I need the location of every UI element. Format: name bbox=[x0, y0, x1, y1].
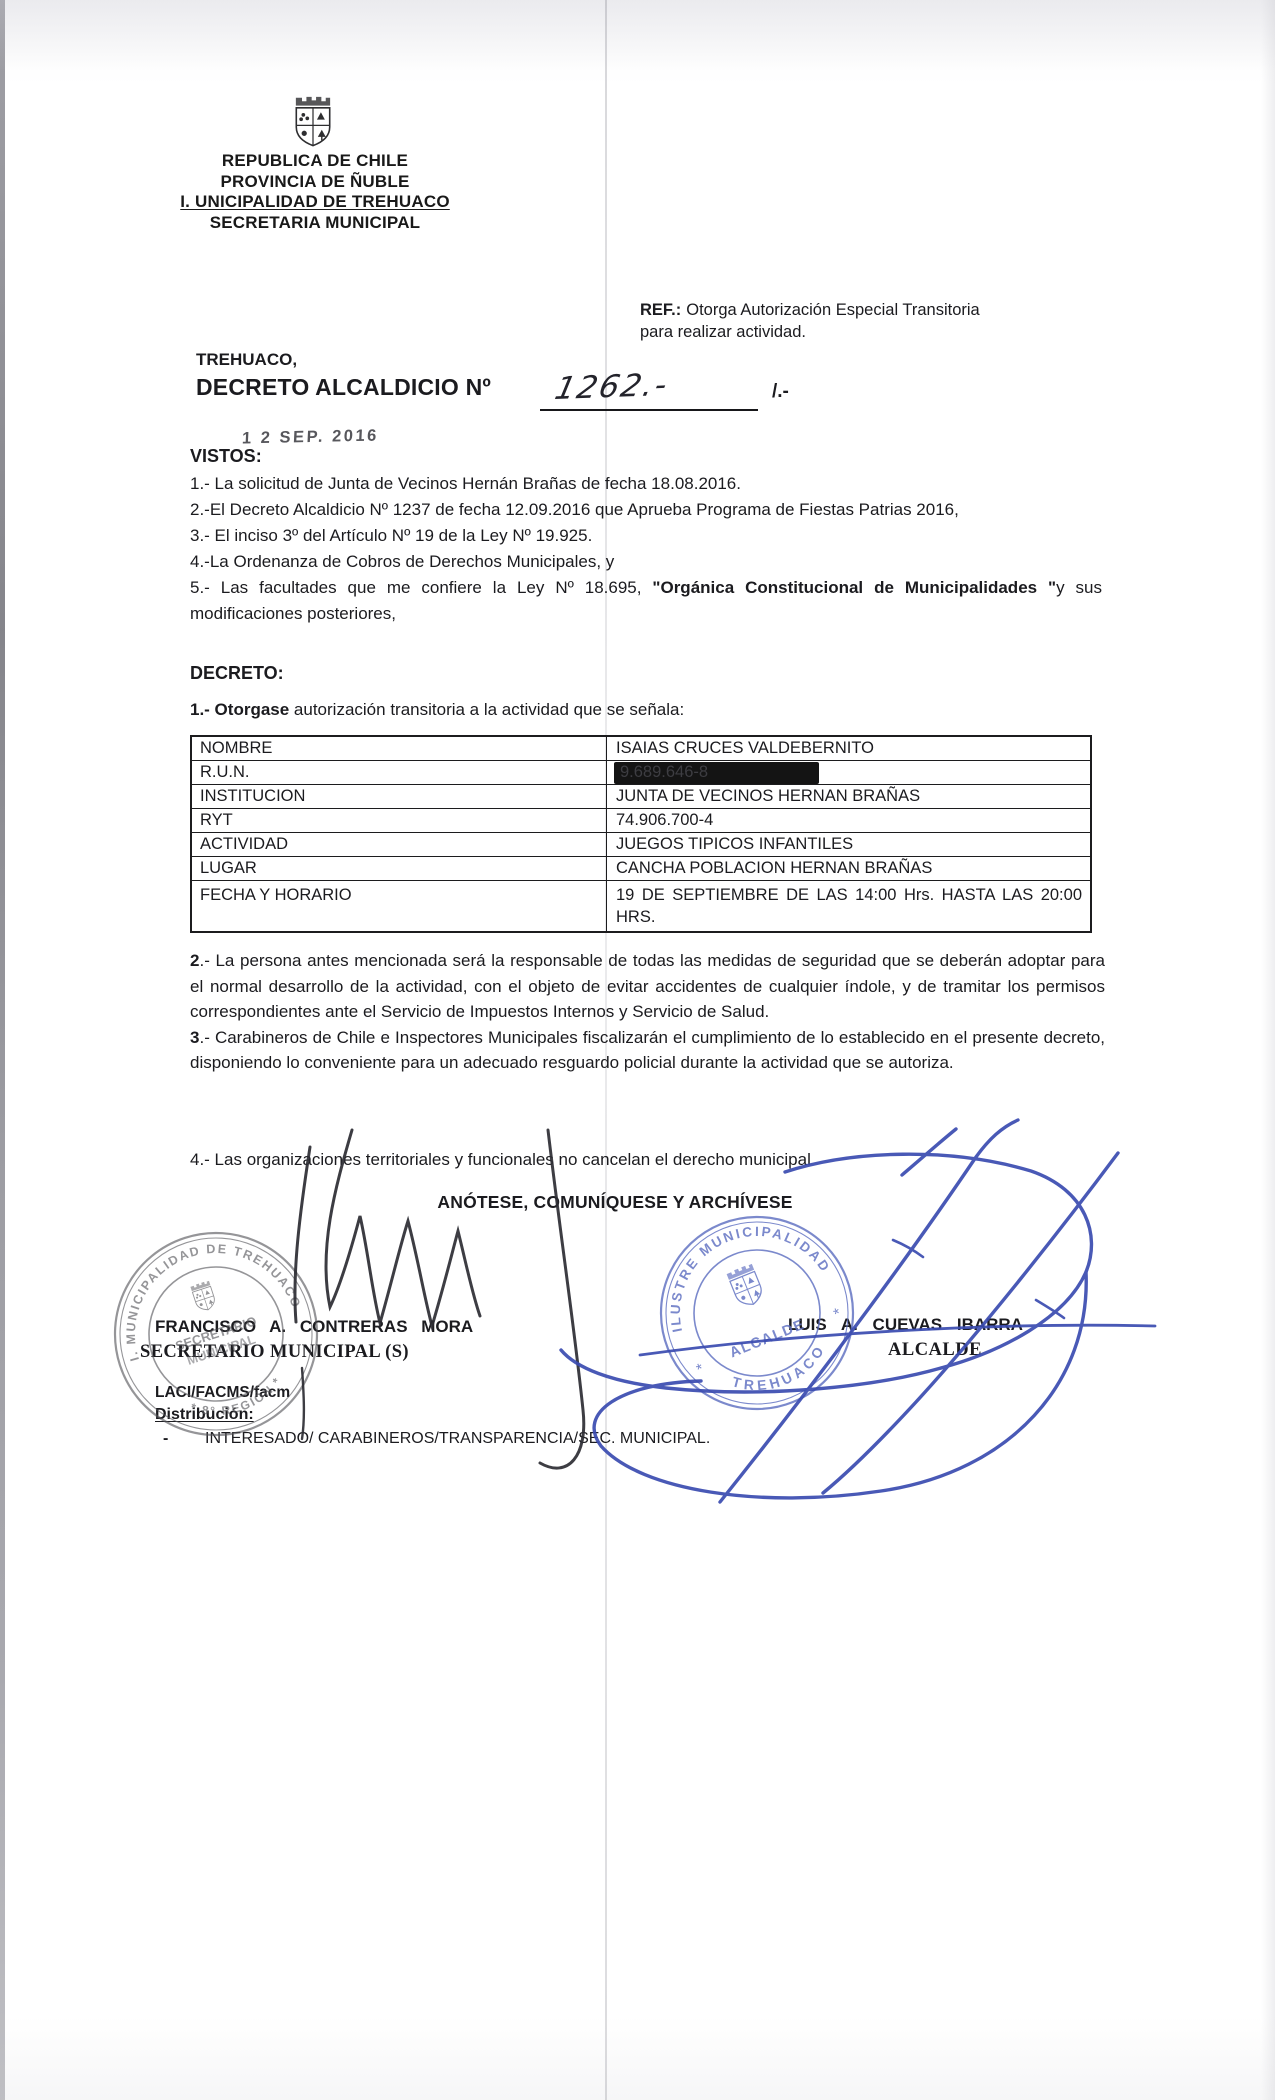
letterhead-municipality: I. UNICIPALIDAD DE TREHUACO bbox=[150, 192, 480, 213]
vistos-item-2: 2.-El Decreto Alcaldicio Nº 1237 de fech… bbox=[190, 497, 1102, 523]
reference-block: REF.:Otorga Autorización Especial Transi… bbox=[640, 299, 1120, 343]
decreto-heading: DECRETO: bbox=[190, 663, 284, 684]
vistos-list: 1.- La solicitud de Junta de Vecinos Her… bbox=[190, 471, 1102, 627]
decree-title: DECRETO ALCALDICIO Nº bbox=[196, 374, 491, 401]
letterhead-country: REPUBLICA DE CHILE bbox=[150, 151, 480, 172]
scan-edge-artifact bbox=[0, 0, 5, 2100]
closing-order: ANÓTESE, COMUNÍQUESE Y ARCHÍVESE bbox=[190, 1192, 1040, 1213]
distribution-label: Distribución: bbox=[155, 1406, 254, 1424]
signer-name-mayor: LUIS A. CUEVAS IBARRA bbox=[788, 1315, 1088, 1335]
scanned-decree-page: REPUBLICA DE CHILE PROVINCIA DE ÑUBLE I.… bbox=[0, 0, 1275, 2100]
decree-number-handwritten: 1262.- bbox=[552, 367, 673, 407]
letterhead: REPUBLICA DE CHILE PROVINCIA DE ÑUBLE I.… bbox=[150, 151, 480, 233]
table-row: LUGARCANCHA POBLACION HERNAN BRAÑAS bbox=[192, 856, 1090, 880]
table-row: R.U.N.9.689.646-8 bbox=[192, 760, 1090, 784]
city-line: TREHUACO, bbox=[196, 350, 297, 370]
body-paragraphs: 2.- La persona antes mencionada será la … bbox=[190, 948, 1105, 1076]
letterhead-office: SECRETARIA MUNICIPAL bbox=[150, 213, 480, 234]
distribution-list: - INTERESADO/ CARABINEROS/TRANSPARENCIA/… bbox=[163, 1430, 963, 1448]
signer-title-secretary: SECRETARIO MUNICIPAL (S) bbox=[140, 1342, 409, 1363]
decree-number-suffix: /.- bbox=[772, 381, 789, 403]
stamp-coat-of-arms-icon bbox=[727, 1264, 766, 1309]
vistos-item-5: 5.- Las facultades que me confiere la Le… bbox=[190, 575, 1102, 627]
scan-shade-top bbox=[0, 0, 1275, 70]
table-row: NOMBREISAIAS CRUCES VALDEBERNITO bbox=[192, 737, 1090, 760]
vistos-item-1: 1.- La solicitud de Junta de Vecinos Her… bbox=[190, 471, 1102, 497]
paragraph-4: 4.- Las organizaciones territoriales y f… bbox=[190, 1150, 1105, 1170]
vistos-item-3: 3.- El inciso 3º del Artículo Nº 19 de l… bbox=[190, 523, 1102, 549]
paragraph-2: 2.- La persona antes mencionada será la … bbox=[190, 948, 1105, 1025]
stamp-coat-of-arms-icon bbox=[191, 1281, 218, 1313]
decree-number-underline bbox=[540, 409, 758, 411]
redacted-run-value: 9.689.646-8 bbox=[614, 762, 819, 784]
reference-label: REF.: bbox=[640, 301, 681, 319]
svg-text:TREHUACO: TREHUACO bbox=[726, 1337, 837, 1407]
stamp-star-left: * bbox=[694, 1361, 706, 1379]
reference-text-line2: para realizar actividad. bbox=[640, 321, 1120, 343]
coat-of-arms-icon bbox=[286, 92, 340, 150]
paragraph-3: 3.- Carabineros de Chile e Inspectores M… bbox=[190, 1025, 1105, 1076]
signer-name-secretary: FRANCISCO A. CONTRERAS MORA bbox=[155, 1317, 505, 1337]
mayor-round-stamp: ILUSTRE MUNICIPALIDAD TREHUACO ALCALDE *… bbox=[632, 1188, 882, 1438]
scan-shade-right bbox=[1261, 0, 1275, 2100]
reference-text-line1: Otorga Autorización Especial Transitoria bbox=[686, 301, 979, 319]
stamp-ring-bottom-text: TREHUACO bbox=[726, 1337, 837, 1407]
distribution-dash: - bbox=[163, 1430, 205, 1448]
vistos-item-4: 4.-La Ordenanza de Cobros de Derechos Mu… bbox=[190, 549, 1102, 575]
secretary-handwritten-signature bbox=[295, 1130, 584, 1468]
table-row: INSTITUCIONJUNTA DE VECINOS HERNAN BRAÑA… bbox=[192, 784, 1090, 808]
vistos-heading: VISTOS: bbox=[190, 446, 262, 467]
distribution-item: INTERESADO/ CARABINEROS/TRANSPARENCIA/SE… bbox=[205, 1430, 710, 1448]
decreto-item-1: 1.- Otorgase autorización transitoria a … bbox=[190, 700, 1102, 720]
authorization-table: NOMBREISAIAS CRUCES VALDEBERNITO R.U.N.9… bbox=[190, 735, 1092, 933]
signer-title-mayor: ALCALDE bbox=[888, 1340, 982, 1361]
table-row: RYT74.906.700-4 bbox=[192, 808, 1090, 832]
letterhead-province: PROVINCIA DE ÑUBLE bbox=[150, 172, 480, 193]
table-row: FECHA Y HORARIO19 DE SEPTIEMBRE DE LAS 1… bbox=[192, 880, 1090, 931]
date-stamp: 1 2 SEP. 2016 bbox=[242, 427, 380, 449]
drafting-initials: LACI/FACMS/facm bbox=[155, 1384, 290, 1402]
table-row: ACTIVIDADJUEGOS TIPICOS INFANTILES bbox=[192, 832, 1090, 856]
